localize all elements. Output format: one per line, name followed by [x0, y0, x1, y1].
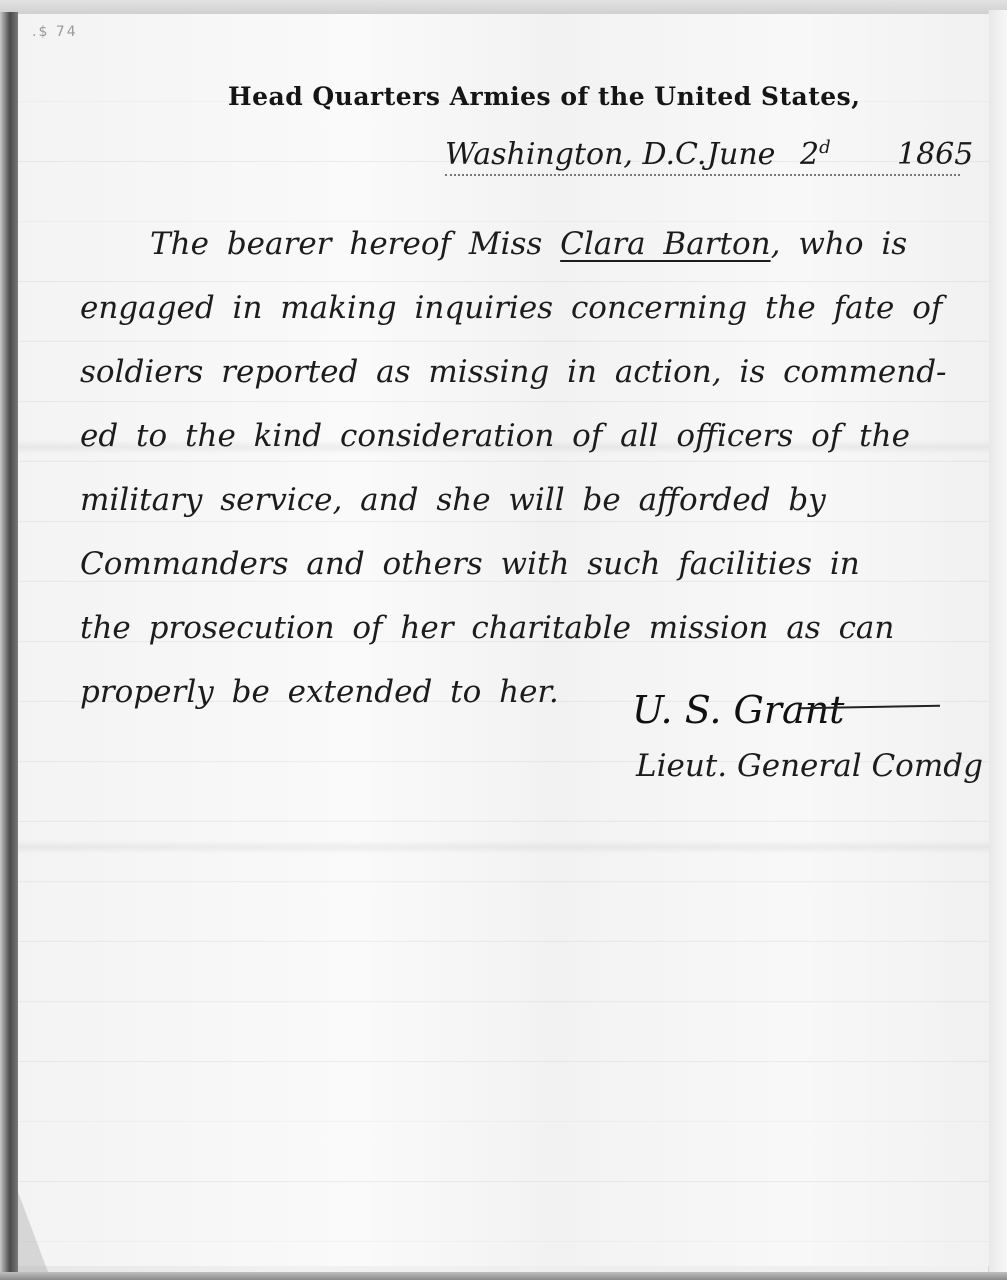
body-line: engaged in making inquiries concerning t… — [80, 276, 990, 340]
dateline: Washington, D.C. June 2d 1865 — [445, 128, 960, 176]
body-text-segment: The bearer hereof Miss — [150, 226, 560, 262]
scanned-document: .$ 74 Head Quarters Armies of the United… — [0, 0, 1007, 1280]
letter-body: The bearer hereof Miss Clara Barton, who… — [80, 212, 990, 724]
scan-bottom-edge — [0, 1272, 1007, 1280]
folded-corner — [18, 1192, 48, 1272]
signatory-rank: Lieut. General Comdg — [636, 748, 983, 784]
body-line: ed to the kind consideration of all offi… — [80, 404, 990, 468]
day-number: 2 — [800, 137, 819, 172]
dateline-day: 2d — [800, 137, 831, 172]
letterhead-title: Head Quarters Armies of the United State… — [228, 82, 860, 111]
dateline-month: June — [707, 137, 775, 172]
scan-left-edge-shadow — [0, 12, 18, 1274]
underlined-name: Clara Barton — [560, 226, 770, 262]
signature: U. S. Grant — [632, 688, 844, 732]
body-line: Commanders and others with such faciliti… — [80, 532, 990, 596]
body-line: soldiers reported as missing in action, … — [80, 340, 990, 404]
body-line: properly be extended to her. — [80, 660, 990, 724]
paper-fold-crease — [18, 840, 989, 854]
scan-top-edge — [0, 0, 1007, 14]
day-suffix: d — [819, 137, 831, 158]
body-line: military service, and she will be afford… — [80, 468, 990, 532]
body-line: The bearer hereof Miss Clara Barton, who… — [80, 212, 990, 276]
pencil-annotation: .$ 74 — [32, 24, 78, 40]
body-text-segment: , who is — [771, 226, 908, 262]
dateline-place: Washington, D.C. — [445, 137, 706, 172]
scan-right-edge — [988, 10, 1007, 1275]
dateline-year: 1865 — [897, 137, 973, 172]
body-line: the prosecution of her charitable missio… — [80, 596, 990, 660]
